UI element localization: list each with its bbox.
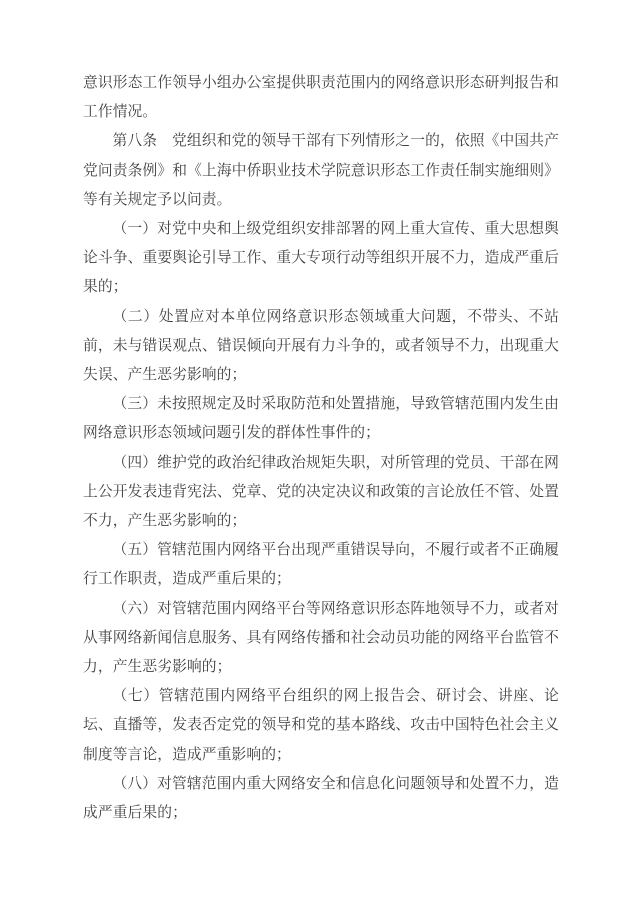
document-page: 意识形态工作领导小组办公室提供职责范围内的网络意识形态研判报告和工作情况。 第八… [0, 0, 639, 905]
paragraph-item-6: （六）对管辖范围内网络平台等网络意识形态阵地领导不力，或者对从事网络新闻信息服务… [83, 595, 559, 683]
paragraph-item-1: （一）对党中央和上级党组织安排部署的网上重大宣传、重大思想舆论斗争、重要舆论引导… [83, 215, 559, 303]
paragraph-continuation: 意识形态工作领导小组办公室提供职责范围内的网络意识形态研判报告和工作情况。 [83, 69, 559, 127]
paragraph-item-3: （三）未按照规定及时采取防范和处置措施，导致管辖范围内发生由网络意识形态领域问题… [83, 390, 559, 448]
paragraph-item-5: （五）管辖范围内网络平台出现严重错误导向，不履行或者不正确履行工作职责，造成严重… [83, 536, 559, 594]
paragraph-article-8: 第八条 党组织和党的领导干部有下列情形之一的，依照《中国共产党问责条例》和《上海… [83, 127, 559, 215]
paragraph-item-2: （二）处置应对本单位网络意识形态领域重大问题，不带头、不站前，未与错误观点、错误… [83, 303, 559, 391]
paragraph-item-4: （四）维护党的政治纪律政治规矩失职，对所管理的党员、干部在网上公开发表违背宪法、… [83, 449, 559, 537]
paragraph-item-7: （七）管辖范围内网络平台组织的网上报告会、研讨会、讲座、论坛、直播等，发表否定党… [83, 682, 559, 770]
paragraph-item-8: （八）对管辖范围内重大网络安全和信息化问题领导和处置不力，造成严重后果的； [83, 770, 559, 828]
